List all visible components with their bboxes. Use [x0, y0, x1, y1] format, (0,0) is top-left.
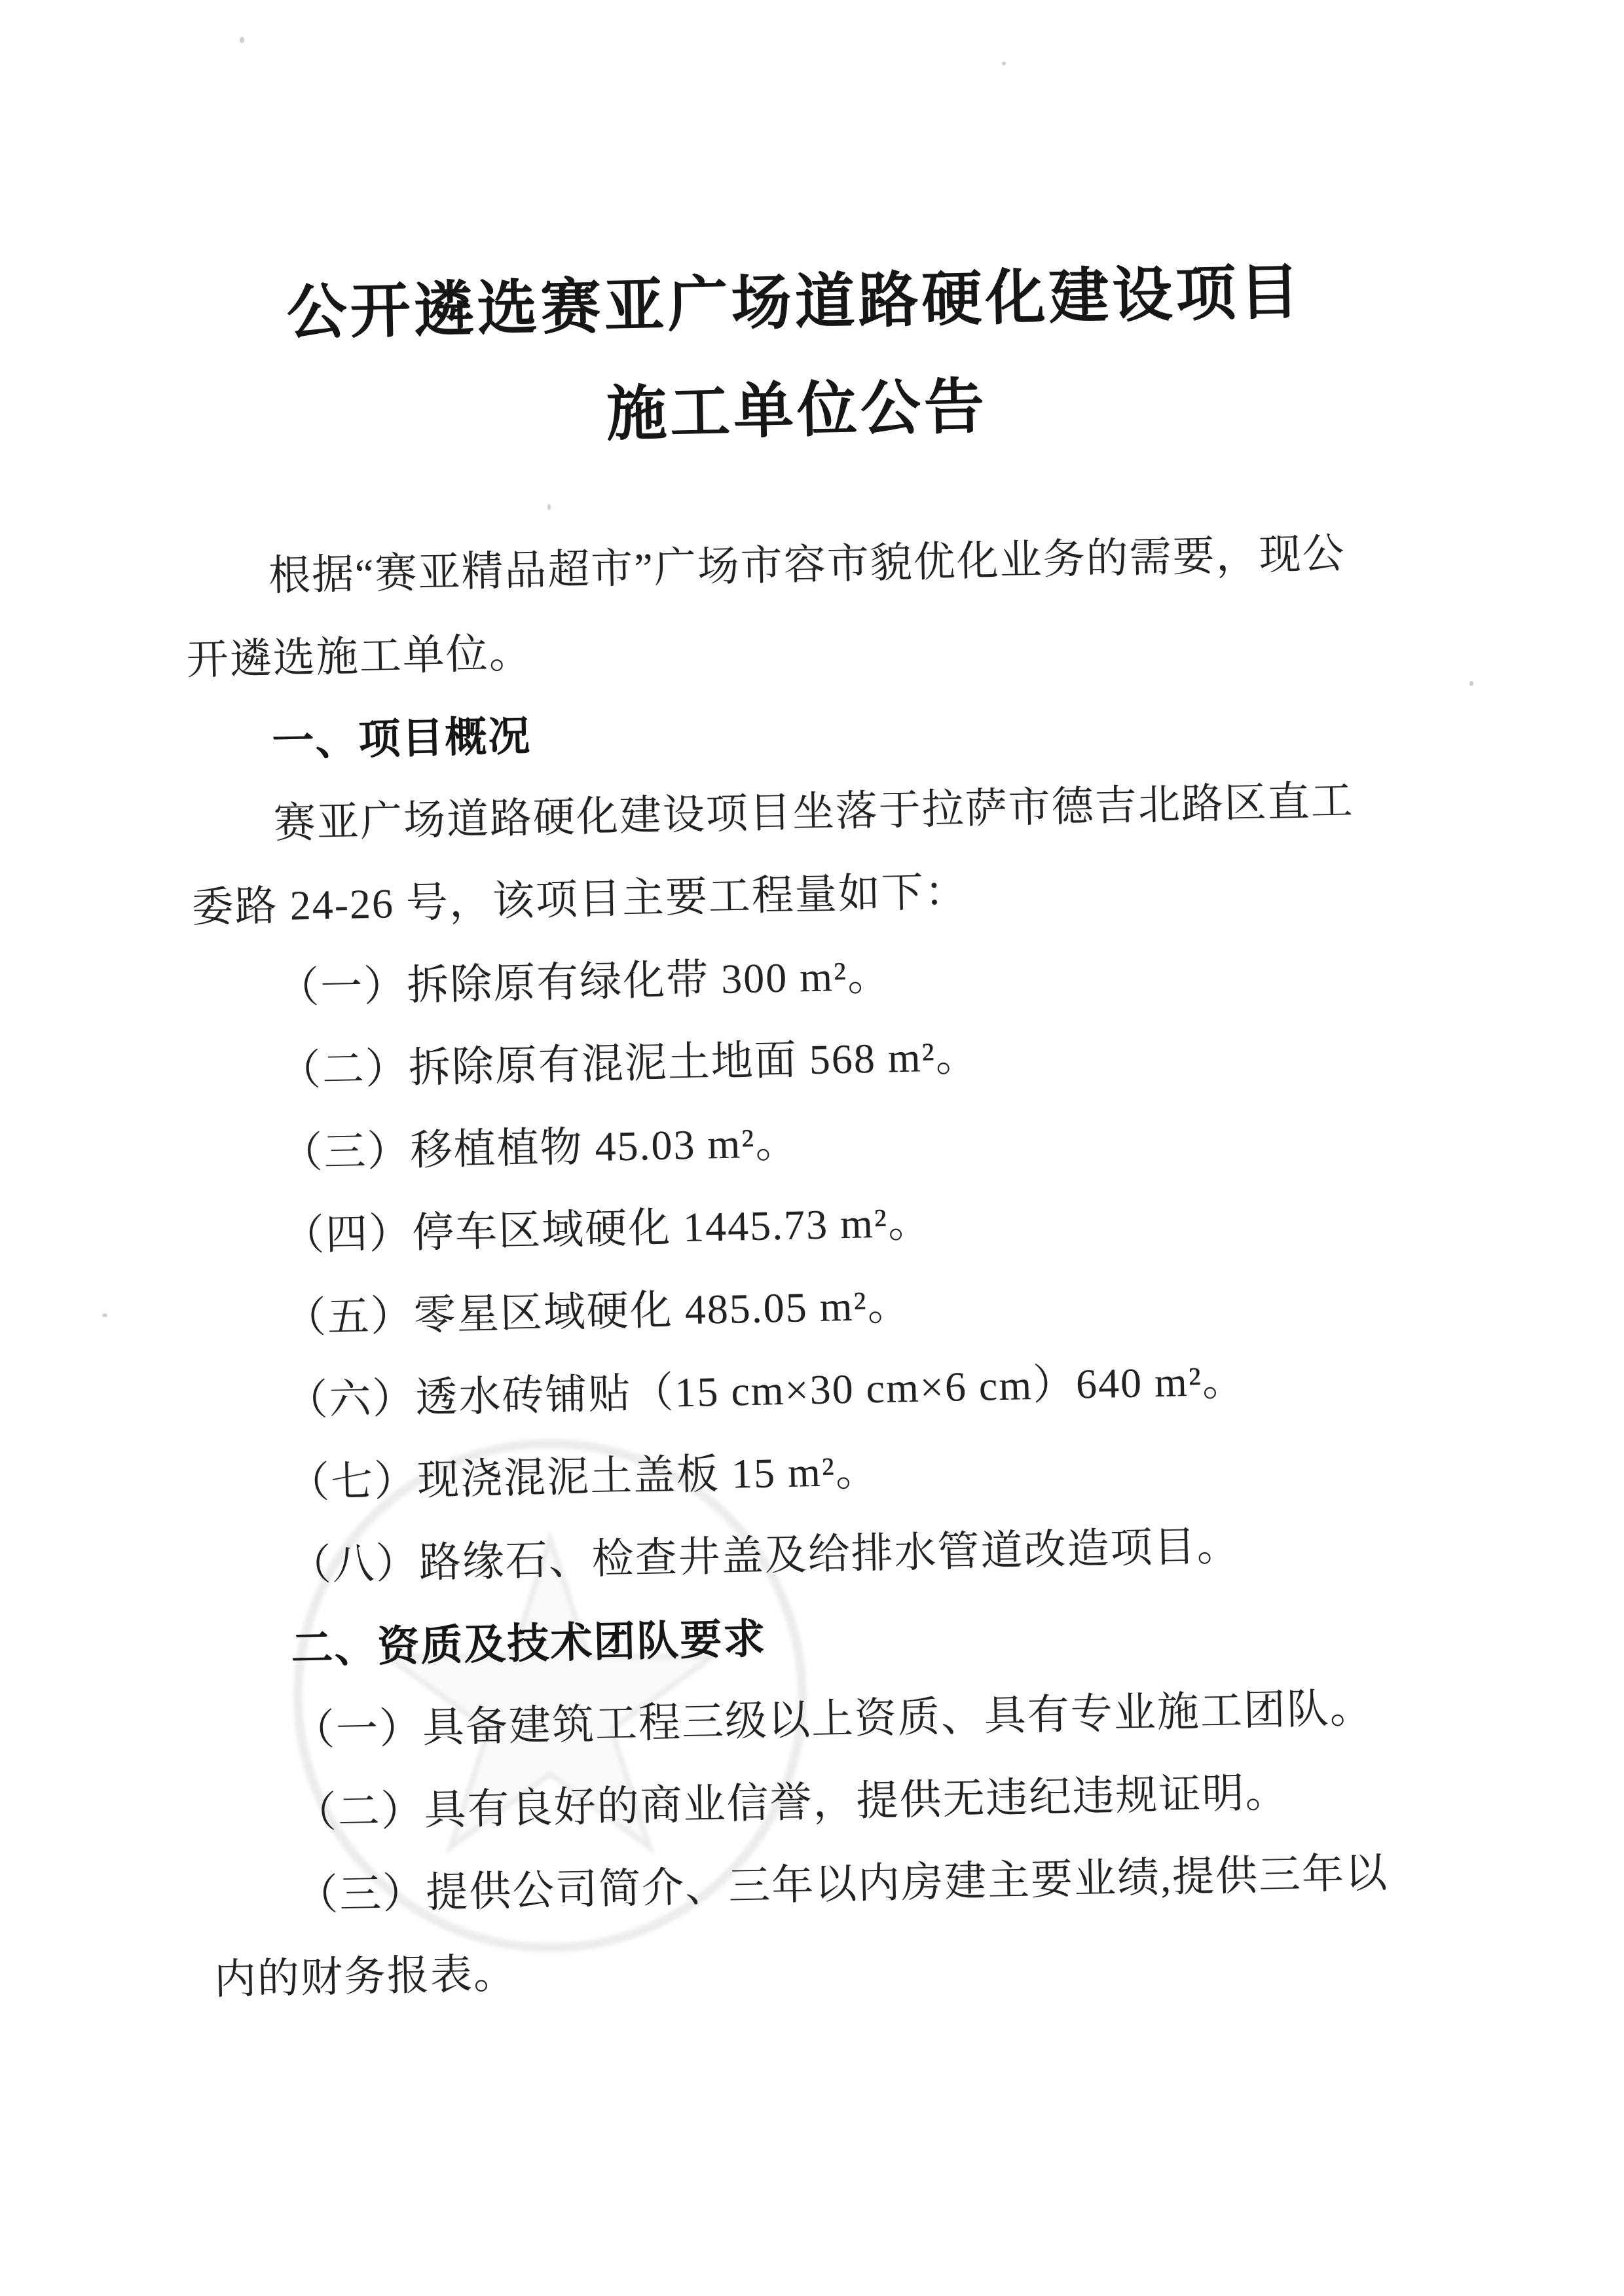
scanned-document-page: 公开遴选赛亚广场道路硬化建设项目 施工单位公告 根据“赛亚精品超市”广场市容市貌…: [0, 0, 1624, 2296]
document-content: 公开遴选赛亚广场道路硬化建设项目 施工单位公告 根据“赛亚精品超市”广场市容市貌…: [178, 236, 1446, 2022]
scan-speck: [240, 37, 244, 43]
scan-speck: [102, 1313, 107, 1317]
document-body: 根据“赛亚精品超市”广场市容市貌优化业务的需要，现公 开遴选施工单位。 一、项目…: [184, 511, 1446, 2022]
scan-speck: [1469, 681, 1473, 686]
scan-speck: [1002, 62, 1006, 65]
